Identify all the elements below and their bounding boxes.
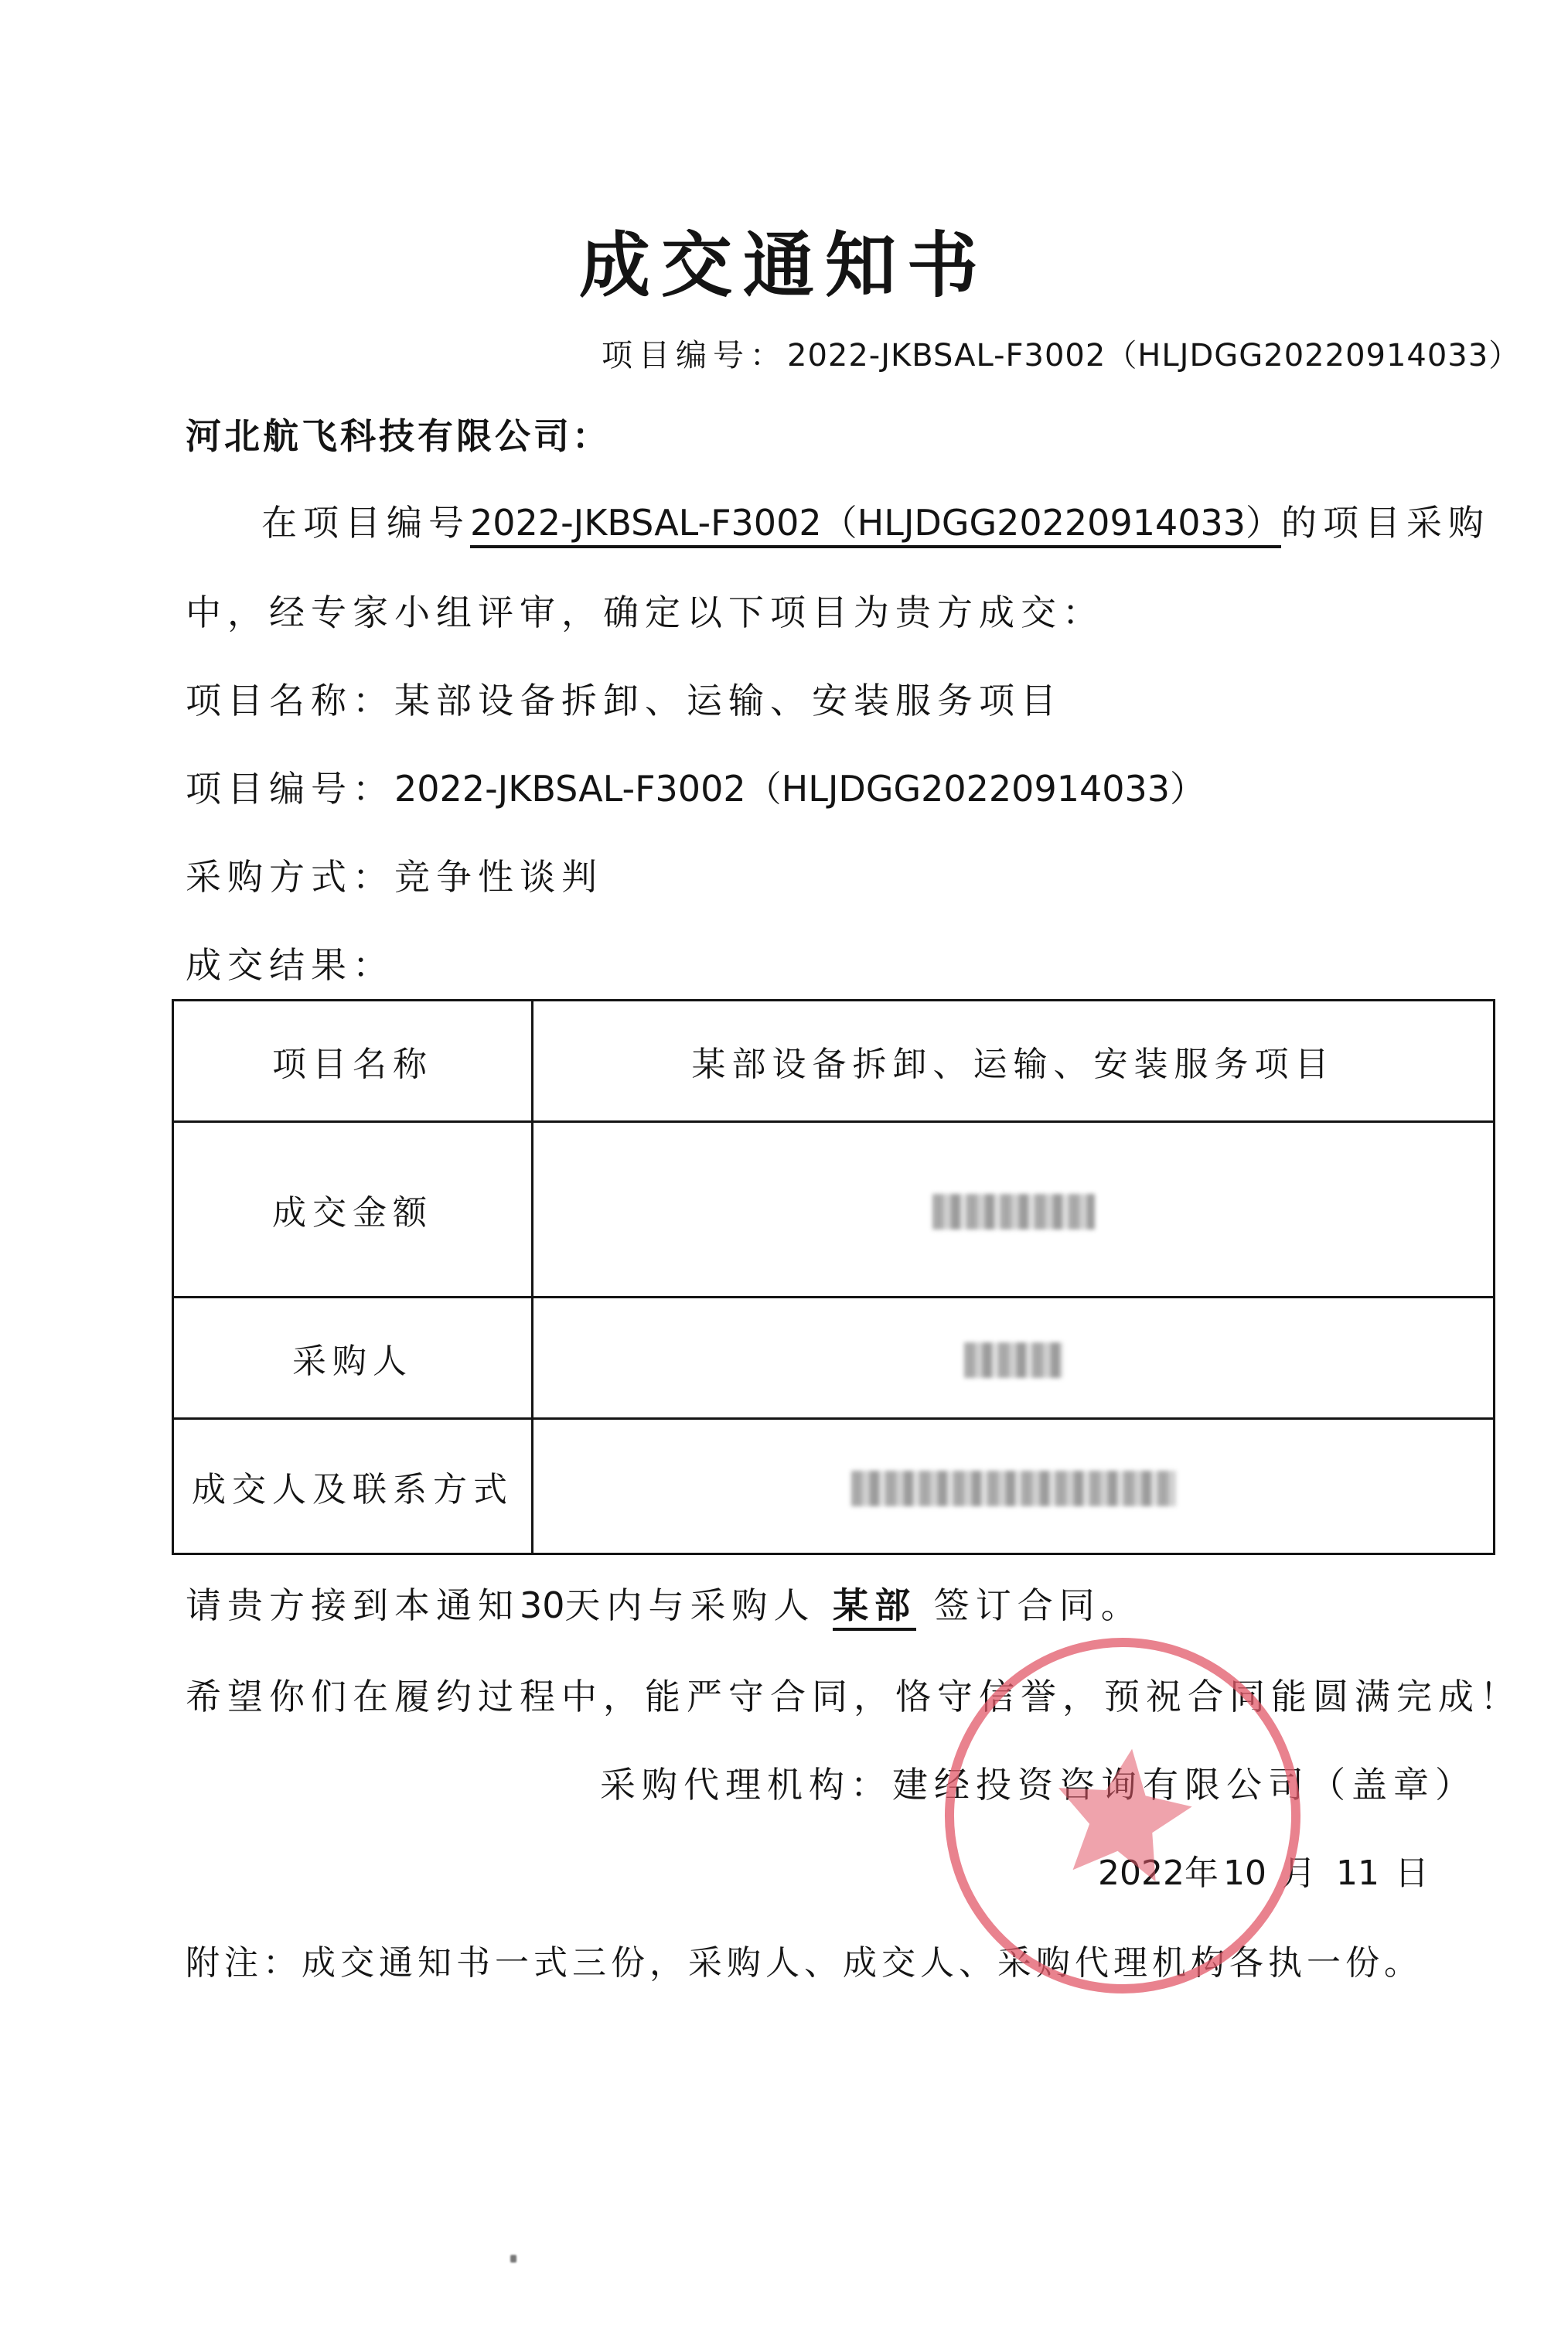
- project-number-value: 2022-JKBSAL-F3002（HLJDGG20220914033）: [787, 338, 1520, 373]
- date-day: 11: [1336, 1854, 1379, 1893]
- notice-middle: 天内与采购人: [565, 1584, 816, 1626]
- field-label: 采购方式：: [186, 856, 394, 898]
- notice-suffix: 签订合同。: [934, 1584, 1143, 1626]
- scan-speck: [510, 2255, 516, 2263]
- intro-project-number: 2022-JKBSAL-F3002（HLJDGG20220914033）: [470, 502, 1281, 548]
- agency-label: 采购代理机构：: [600, 1764, 892, 1806]
- result-table: 项目名称 某部设备拆卸、运输、安装服务项目 成交金额 采购人 成交人及联系方式: [172, 999, 1495, 1555]
- agency-name: 建经投资咨询有限公司: [892, 1764, 1310, 1806]
- table-cell-label: 成交人及联系方式: [173, 1419, 533, 1554]
- recipient-company: 河北航飞科技有限公司：: [186, 408, 611, 459]
- intro-prefix: 在项目编号: [261, 502, 470, 544]
- field-project-name: 项目名称：某部设备拆卸、运输、安装服务项目: [186, 673, 1062, 724]
- intro-paragraph-line2: 中，经专家小组评审，确定以下项目为贵方成交：: [186, 585, 1104, 636]
- header-project-number: 项目编号：2022-JKBSAL-F3002（HLJDGG20220914033…: [602, 331, 1520, 375]
- table-cell-value: 某部设备拆卸、运输、安装服务项目: [533, 1001, 1495, 1122]
- table-row: 成交金额: [173, 1122, 1495, 1298]
- redacted-buyer: [964, 1342, 1063, 1378]
- project-number-label: 项目编号：: [602, 338, 787, 373]
- issue-date: 2022年10 月 11 日: [1098, 1845, 1433, 1895]
- redacted-amount: [932, 1194, 1095, 1230]
- field-procurement-method: 采购方式：竞争性谈判: [186, 849, 603, 900]
- notice-days: 30: [520, 1584, 565, 1626]
- table-cell-label: 采购人: [173, 1298, 533, 1419]
- intro-suffix: 的项目采购: [1281, 502, 1490, 544]
- footnote: 附注：成交通知书一式三份，采购人、成交人、采购代理机构各执一份。: [186, 1935, 1423, 1984]
- field-label: 项目名称：: [186, 680, 394, 721]
- document-title: 成交通知书: [0, 209, 1568, 311]
- date-month: 10: [1223, 1854, 1266, 1893]
- table-cell-label: 项目名称: [173, 1001, 533, 1122]
- intro-paragraph-line1: 在项目编号2022-JKBSAL-F3002（HLJDGG20220914033…: [261, 495, 1490, 546]
- table-cell-label: 成交金额: [173, 1122, 533, 1298]
- date-day-unit: 日: [1395, 1854, 1433, 1893]
- field-value: 某部设备拆卸、运输、安装服务项目: [394, 680, 1062, 721]
- redacted-contact: [851, 1471, 1176, 1506]
- field-label: 项目编号：: [186, 768, 394, 810]
- notice-buyer: 某部: [833, 1584, 916, 1631]
- date-year-unit: 年: [1185, 1854, 1223, 1893]
- result-heading: 成交结果：: [186, 937, 394, 988]
- table-cell-value: [533, 1298, 1495, 1419]
- procurement-agency: 采购代理机构：建经投资咨询有限公司（盖章）: [600, 1757, 1477, 1808]
- date-month-unit: 月: [1282, 1854, 1321, 1893]
- field-value: 竞争性谈判: [394, 856, 603, 898]
- table-row: 成交人及联系方式: [173, 1419, 1495, 1554]
- stamp-note: （盖章）: [1310, 1764, 1477, 1806]
- date-year: 2022: [1098, 1854, 1185, 1893]
- notice-wishes: 希望你们在履约过程中，能严守合同，恪守信誉，预祝合同能圆满完成！: [186, 1669, 1522, 1720]
- table-cell-value: [533, 1122, 1495, 1298]
- field-value: 2022-JKBSAL-F3002（HLJDGG20220914033）: [394, 768, 1205, 810]
- notice-prefix: 请贵方接到本通知: [186, 1584, 520, 1626]
- notice-sign-contract: 请贵方接到本通知30天内与采购人 某部 签订合同。: [186, 1577, 1143, 1629]
- field-project-number: 项目编号：2022-JKBSAL-F3002（HLJDGG20220914033…: [186, 761, 1205, 812]
- table-cell-value: [533, 1419, 1495, 1554]
- table-row: 采购人: [173, 1298, 1495, 1419]
- table-row: 项目名称 某部设备拆卸、运输、安装服务项目: [173, 1001, 1495, 1122]
